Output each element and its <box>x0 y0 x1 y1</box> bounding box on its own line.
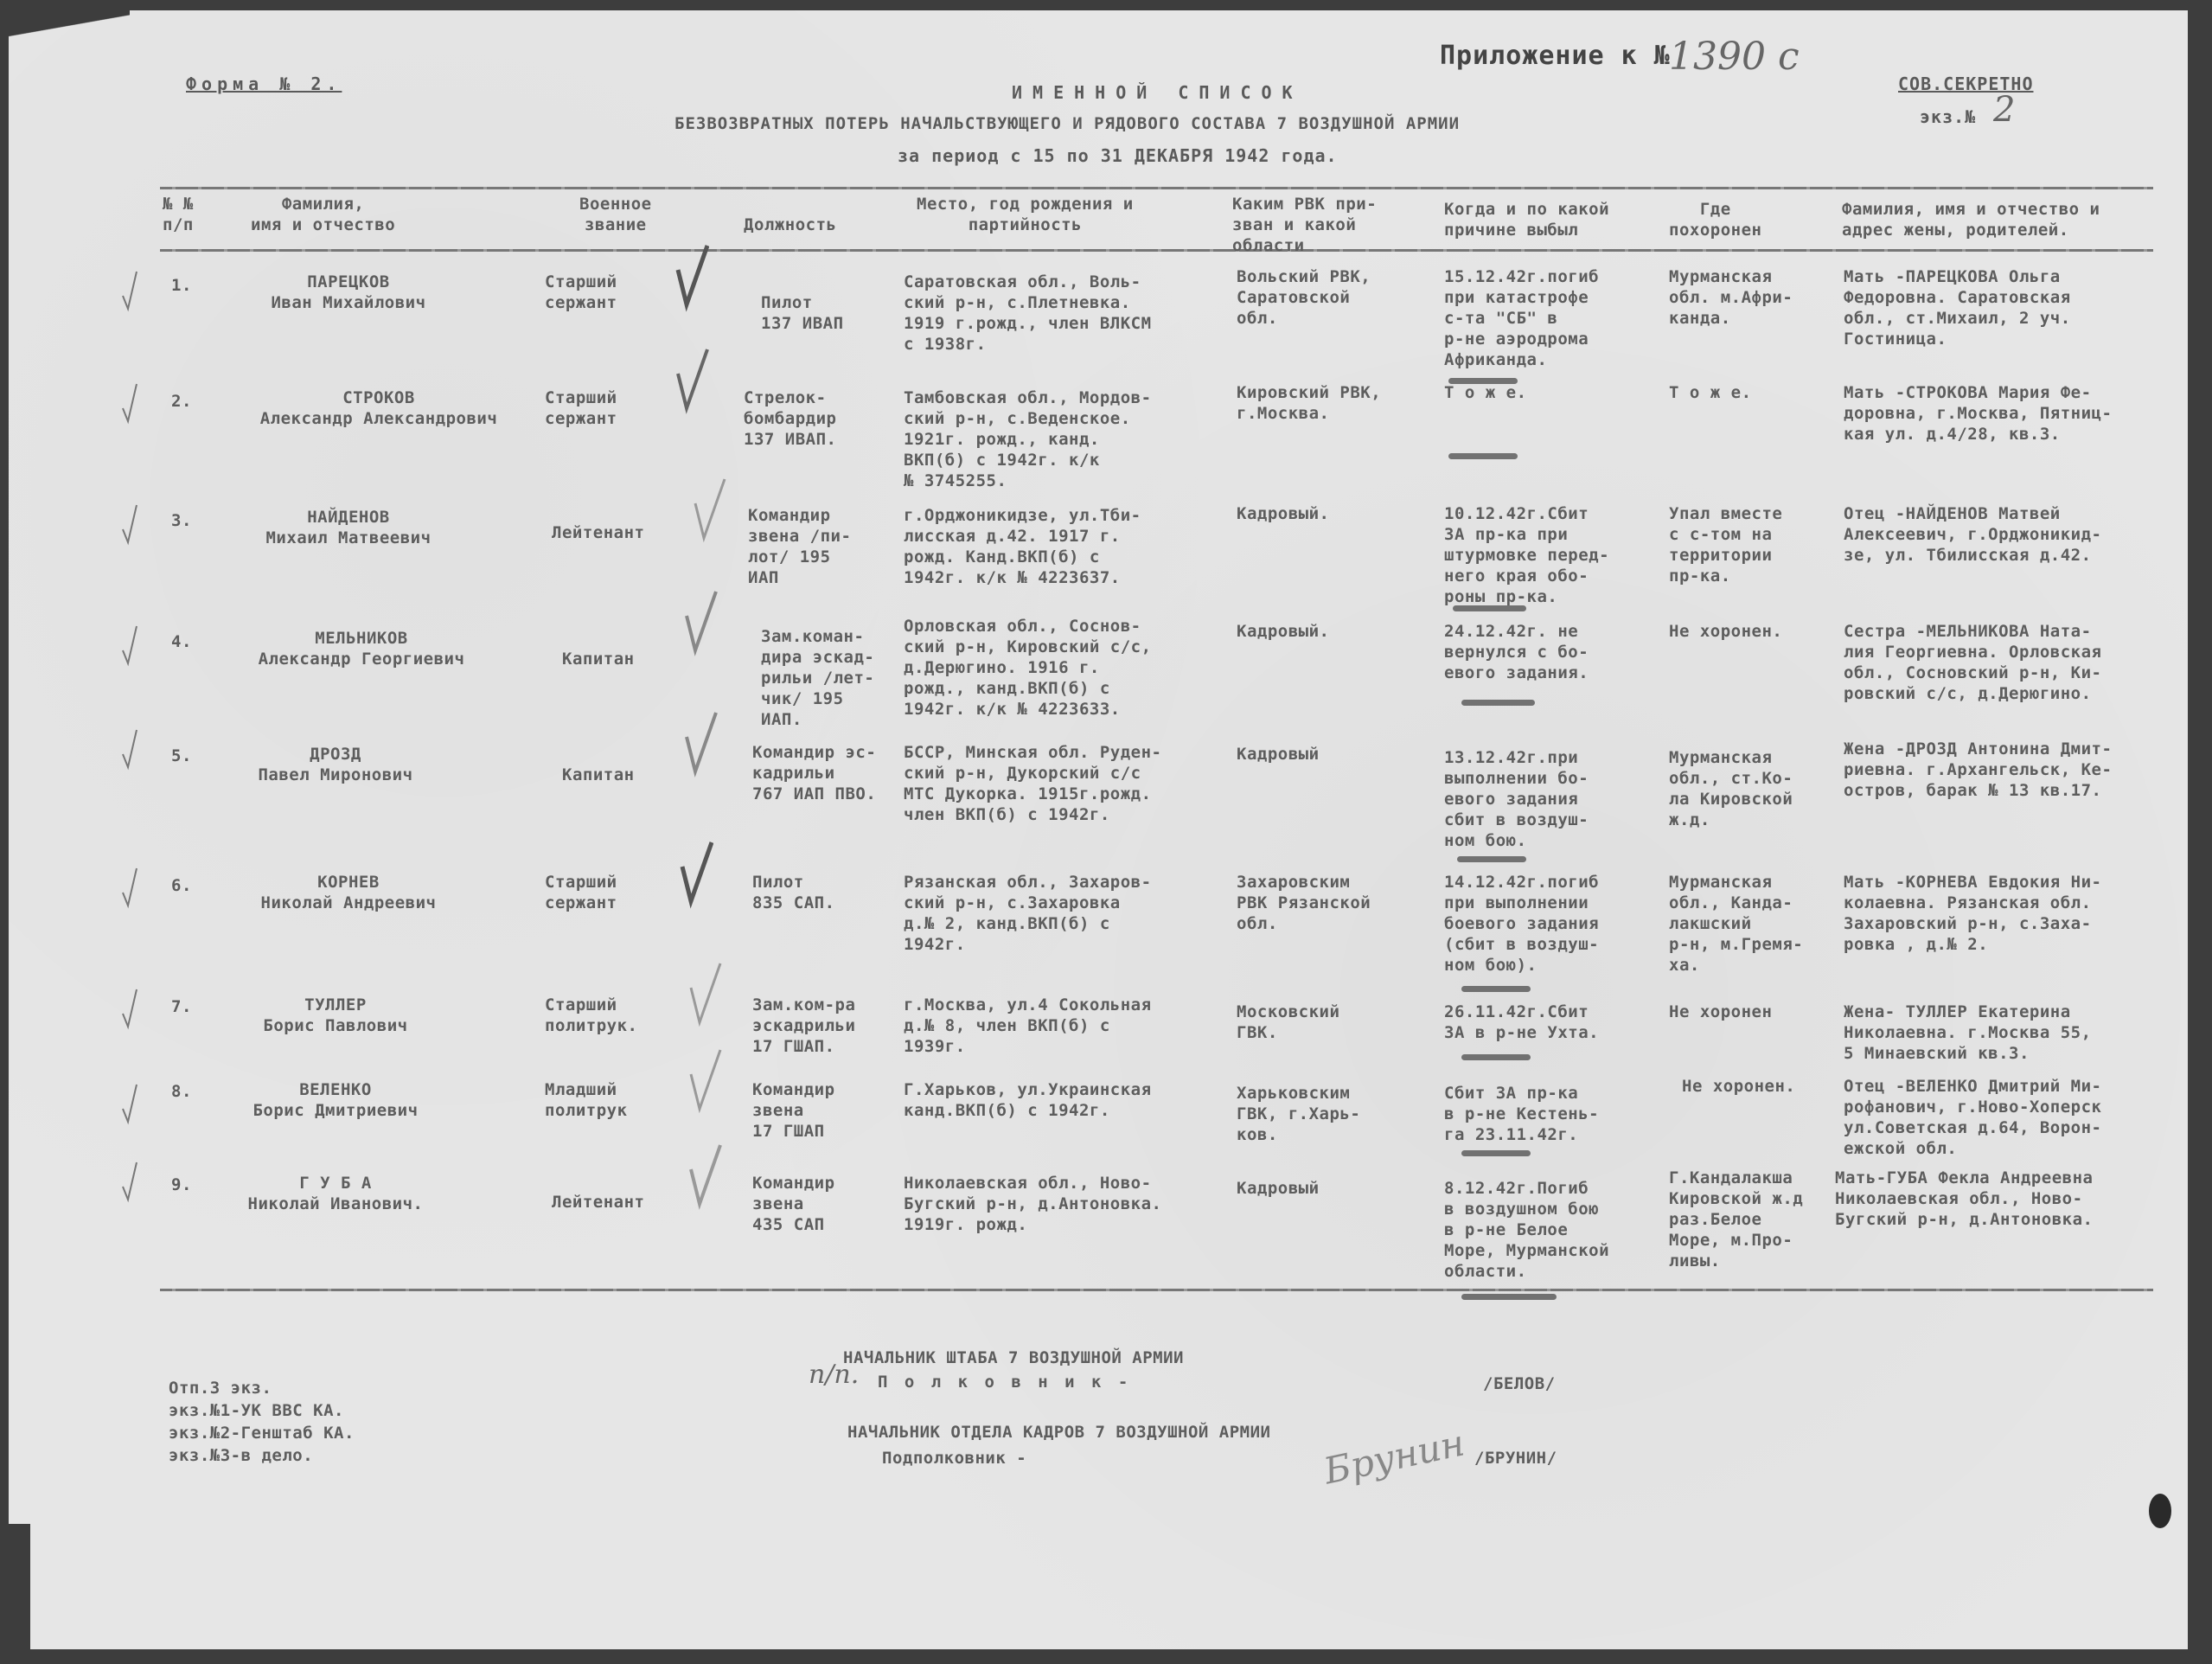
position: Командир эс- кадрильи 767 ИАП ПВО. <box>752 742 876 804</box>
checkmark-icon <box>692 477 726 547</box>
row-number: 2. <box>171 391 192 412</box>
next-of-kin: Мать -КОРНЕВА Евдокия Ни- колаевна. Ряза… <box>1844 872 2101 955</box>
draft-office: Кадровый. <box>1237 621 1329 642</box>
burial-place: Не хоронен. <box>1682 1076 1795 1097</box>
col-header-name: Фамилия, имя и отчество <box>251 194 395 235</box>
row-number: 9. <box>171 1174 192 1195</box>
position: Пилот 835 САП. <box>752 872 835 913</box>
col-header-buried: Где похоронен <box>1669 199 1761 240</box>
table-header-rule <box>160 249 2153 252</box>
next-of-kin: Жена -ДРОЗД Антонина Дмит- риевна. г.Арх… <box>1844 739 2112 801</box>
burial-place: Не хоронен <box>1669 1002 1772 1022</box>
draft-office: Харьковским ГВК, г.Харь- ков. <box>1237 1083 1360 1145</box>
birth-info: г.Орджоникидзе, ул.Тби- лисская д.42. 19… <box>904 505 1141 588</box>
checkmark-icon <box>687 1048 722 1117</box>
torn-corner <box>9 10 130 62</box>
strike-mark <box>1461 700 1535 706</box>
person-name: ДРОЗД Павел Миронович <box>206 744 465 785</box>
col-header-position: Должность <box>744 214 836 235</box>
person-name: МЕЛЬНИКОВ Александр Георгиевич <box>206 628 517 669</box>
strike-mark <box>1461 1150 1531 1156</box>
form-label: Форма № 2. <box>186 73 342 95</box>
document-period: за период с 15 по 31 ДЕКАБРЯ 1942 года. <box>898 144 1338 167</box>
copy-number: 2 <box>1993 90 2015 130</box>
margin-tick-icon <box>121 867 138 910</box>
checkmark-icon <box>687 1143 722 1213</box>
position: Пилот 137 ИВАП <box>761 272 844 334</box>
position: Командир звена /пи- лот/ 195 ИАП <box>748 505 851 588</box>
checkmark-icon <box>683 590 718 659</box>
loss-circumstances: Т о ж е. <box>1444 382 1527 403</box>
margin-tick-icon <box>121 988 138 1031</box>
strike-mark <box>1461 1294 1557 1300</box>
draft-office: Кировский РВК, г.Москва. <box>1237 382 1381 424</box>
document-page: Форма № 2. Приложение к № 1390 с СОВ.СЕК… <box>9 10 2188 1649</box>
military-rank: Старший сержант <box>545 387 617 429</box>
burial-place: Т о ж е. <box>1669 382 1752 403</box>
person-name: НАЙДЕНОВ Михаил Матвеевич <box>206 507 491 548</box>
document-subtitle: БЕЗВОЗВРАТНЫХ ПОТЕРЬ НАЧАЛЬСТВУЮЩЕГО И Р… <box>674 112 1460 135</box>
checkmark-icon <box>674 348 709 417</box>
loss-circumstances: 10.12.42г.Сбит ЗА пр-ка при штурмовке пе… <box>1444 503 1609 607</box>
strike-mark <box>1461 1054 1531 1060</box>
margin-tick-icon <box>121 728 138 771</box>
position: Зам.коман- дира эскад- рильи /лет- чик/ … <box>761 626 874 730</box>
col-header-when-why: Когда и по какой причине выбыл <box>1444 199 1609 240</box>
person-name: Г У Б А Николай Иванович. <box>206 1173 465 1214</box>
person-name: КОРНЕВ Николай Андреевич <box>206 872 491 913</box>
appendix-number: 1390 с <box>1669 35 1800 79</box>
military-rank: Капитан <box>562 765 635 785</box>
loss-circumstances: 15.12.42г.погиб при катастрофе с-та "СБ"… <box>1444 266 1599 370</box>
next-of-kin: Отец -ВЕЛЕНКО Дмитрий Ми- рофанович, г.Н… <box>1844 1076 2101 1159</box>
strike-mark <box>1457 856 1526 862</box>
loss-circumstances: 14.12.42г.погиб при выполнении боевого з… <box>1444 872 1599 976</box>
position: Зам.ком-ра эскадрильи 17 ГШАП. <box>752 995 855 1057</box>
signature: Брунин <box>1320 1421 1468 1492</box>
draft-office: Захаровским РВК Рязанской обл. <box>1237 872 1371 934</box>
col-header-relatives: Фамилия, имя и отчество и адрес жены, ро… <box>1842 199 2100 240</box>
margin-tick-icon <box>121 624 138 668</box>
margin-tick-icon <box>121 1083 138 1126</box>
military-rank: Старший политрук. <box>545 995 637 1036</box>
loss-circumstances: 24.12.42г. не вернулся с бо- евого задан… <box>1444 621 1589 683</box>
document-title: ИМЕННОЙ СПИСОК <box>1012 81 1303 104</box>
signer2-rank: Подполковник - <box>882 1448 1026 1469</box>
next-of-kin: Отец -НАЙДЕНОВ Матвей Алексеевич, г.Ордж… <box>1844 503 2101 566</box>
loss-circumstances: 13.12.42г.при выполнении бо- евого задан… <box>1444 747 1589 851</box>
margin-tick-icon <box>121 382 138 426</box>
signer2-name: /БРУНИН/ <box>1474 1448 1557 1469</box>
loss-circumstances: Сбит ЗА пр-ка в р-не Кестень- га 23.11.4… <box>1444 1083 1599 1145</box>
burial-place: Упал вместе с с-том на территории пр-ка. <box>1669 503 1782 586</box>
next-of-kin: Мать -СТРОКОВА Мария Фе- доровна, г.Моск… <box>1844 382 2112 445</box>
strike-mark <box>1448 453 1518 459</box>
birth-info: Рязанская обл., Захаров- ский р-н, с.Зах… <box>904 872 1152 955</box>
row-number: 6. <box>171 875 192 896</box>
row-number: 5. <box>171 746 192 766</box>
torn-edge <box>9 1524 30 1649</box>
next-of-kin: Жена- ТУЛЛЕР Екатерина Николаевна. г.Мос… <box>1844 1002 2092 1064</box>
birth-info: Г.Харьков, ул.Украинская канд.ВКП(б) с 1… <box>904 1079 1152 1121</box>
burial-place: Г.Кандалакша Кировской ж.д раз.Белое Мор… <box>1669 1168 1803 1271</box>
checkmark-icon <box>674 244 709 313</box>
col-header-number: № № п/п <box>163 194 194 235</box>
burial-place: Мурманская обл., Канда- лакшский р-н, м.… <box>1669 872 1803 976</box>
table-bottom-rule <box>160 1289 2153 1291</box>
checkmark-icon <box>687 962 722 1031</box>
copy-label: экз.№ <box>1920 106 1976 128</box>
military-rank: Младший политрук <box>545 1079 628 1121</box>
punch-hole <box>2149 1494 2171 1528</box>
birth-info: БССР, Минская обл. Руден- ский р-н, Дуко… <box>904 742 1161 825</box>
draft-office: Кадровый <box>1237 1178 1320 1199</box>
col-header-rank: Военное звание <box>579 194 652 235</box>
burial-place: Мурманская обл., ст.Ко- ла Кировской ж.д… <box>1669 747 1793 830</box>
draft-office: Кадровый <box>1237 744 1320 765</box>
birth-info: Николаевская обл., Ново- Бугский р-н, д.… <box>904 1173 1161 1235</box>
loss-circumstances: 26.11.42г.Сбит ЗА в р-не Ухта. <box>1444 1002 1599 1043</box>
signer1-name: /БЕЛОВ/ <box>1483 1373 1556 1394</box>
checkmark-icon <box>683 711 718 780</box>
position: Командир звена 17 ГШАП <box>752 1079 835 1142</box>
draft-office: Московский ГВК. <box>1237 1002 1339 1043</box>
margin-tick-icon <box>121 270 138 313</box>
row-number: 1. <box>171 275 192 296</box>
burial-place: Не хоронен. <box>1669 621 1782 642</box>
military-rank: Капитан <box>562 649 635 669</box>
row-number: 3. <box>171 510 192 531</box>
strike-mark <box>1461 986 1531 992</box>
birth-info: г.Москва, ул.4 Сокольная д.№ 8, член ВКП… <box>904 995 1152 1057</box>
birth-info: Саратовская обл., Воль- ский р-н, с.Плет… <box>904 272 1152 355</box>
person-name: ТУЛЛЕР Борис Павлович <box>206 995 465 1036</box>
signer1-title: НАЧАЛЬНИК ШТАБА 7 ВОЗДУШНОЙ АРМИИ <box>843 1347 1184 1368</box>
military-rank: Лейтенант <box>552 522 644 543</box>
table-top-rule <box>160 187 2153 189</box>
col-header-rvk: Каким РВК при- зван и какой области <box>1232 194 1377 256</box>
checkmark-icon <box>679 841 713 910</box>
draft-office: Кадровый. <box>1237 503 1329 524</box>
military-rank: Старший сержант <box>545 272 617 313</box>
next-of-kin: Мать -ПАРЕЦКОВА Ольга Федоровна. Саратов… <box>1844 266 2071 349</box>
position: Стрелок- бомбардир 137 ИВАП. <box>744 387 836 450</box>
signer1-rank: П о л к о в н и к - <box>878 1372 1131 1392</box>
draft-office: Вольский РВК, Саратовской обл. <box>1237 266 1371 329</box>
person-name: ПАРЕЦКОВ Иван Михайлович <box>206 272 491 313</box>
signer2-title: НАЧАЛЬНИК ОТДЕЛА КАДРОВ 7 ВОЗДУШНОЙ АРМИ… <box>847 1422 1271 1443</box>
margin-tick-icon <box>121 503 138 547</box>
next-of-kin: Сестра -МЕЛЬНИКОВА Ната- лия Георгиевна.… <box>1844 621 2101 704</box>
person-name: СТРОКОВ Александр Александрович <box>206 387 552 429</box>
military-rank: Старший сержант <box>545 872 617 913</box>
appendix-label: Приложение к № <box>1440 41 1671 72</box>
strike-mark <box>1448 378 1518 384</box>
row-number: 4. <box>171 631 192 652</box>
row-number: 7. <box>171 996 192 1017</box>
distribution-list: Отп.3 экз. экз.№1-УК ВВС КА. экз.№2-Генш… <box>169 1377 355 1467</box>
birth-info: Орловская обл., Соснов- ский р-н, Кировс… <box>904 616 1152 720</box>
position: Командир звена 435 САП <box>752 1173 835 1235</box>
birth-info: Тамбовская обл., Мордов- ский р-н, с.Вед… <box>904 387 1152 491</box>
next-of-kin: Мать-ГУБА Фекла Андреевна Николаевская о… <box>1835 1168 2093 1230</box>
military-rank: Лейтенант <box>552 1192 644 1213</box>
margin-tick-icon <box>121 1161 138 1204</box>
burial-place: Мурманская обл. м.Афри- канда. <box>1669 266 1793 329</box>
loss-circumstances: 8.12.42г.Погиб в воздушном бою в р-не Бе… <box>1444 1178 1609 1282</box>
person-name: ВЕЛЕНКО Борис Дмитриевич <box>206 1079 465 1121</box>
col-header-birth: Место, год рождения и партийность <box>917 194 1134 235</box>
strike-mark <box>1453 605 1526 611</box>
row-number: 8. <box>171 1081 192 1102</box>
